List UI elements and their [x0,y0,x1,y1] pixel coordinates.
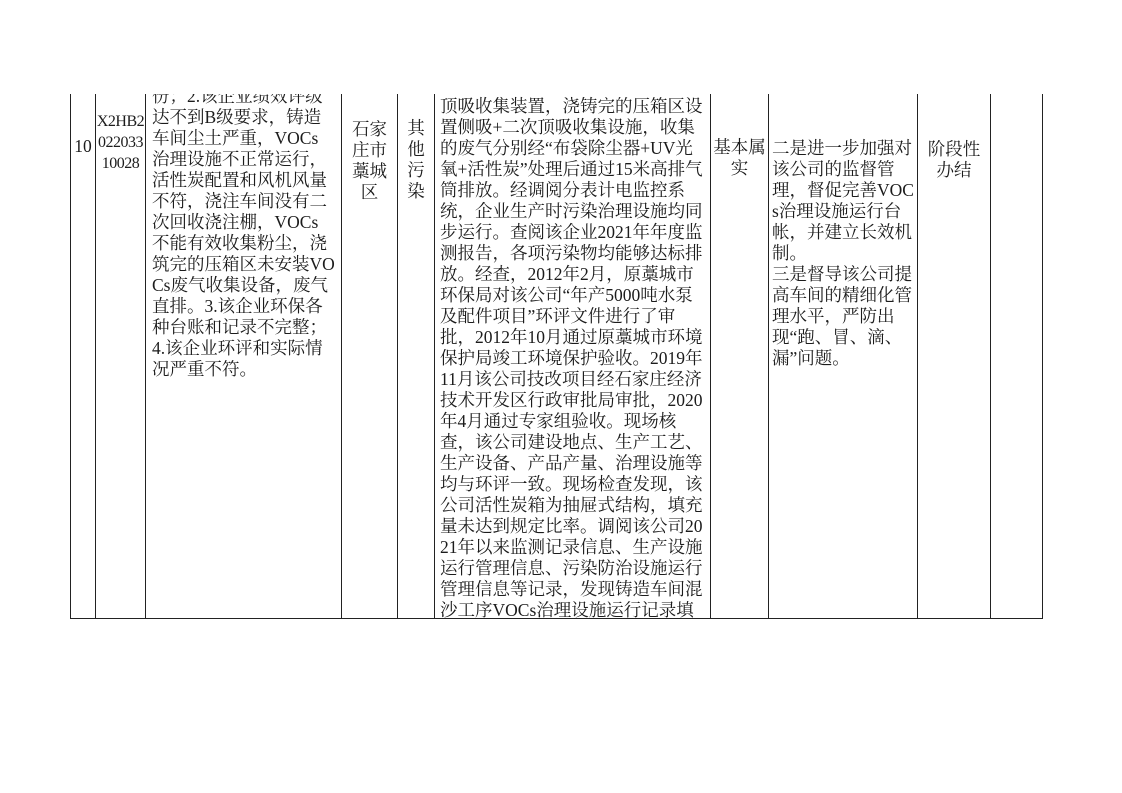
cell-pollution-type: 其他污染 [398,94,435,618]
cell-remark-empty [991,94,1042,618]
cell-case-code: X2HB202203310028 [96,94,146,618]
location-text: 石家庄市藁城区 [351,119,388,203]
complaint-table-row-continued: 10 X2HB202203310028 份；2.该企业绩效评级达不到B级要求，铸… [70,94,1043,619]
cell-location: 石家庄市藁城区 [342,94,398,618]
cell-complaint-description: 份；2.该企业绩效评级达不到B级要求，铸造车间尘土严重，VOCs治理设施不正常运… [146,94,342,618]
document-page: 10 X2HB202203310028 份；2.该企业绩效评级达不到B级要求，铸… [0,0,1122,793]
handling-measures-text: 二是进一步加强对该公司的监督管理，督促完善VOCs治理设施运行台帐，并建立长效机… [772,138,914,369]
complaint-description-text: 份；2.该企业绩效评级达不到B级要求，铸造车间尘土严重，VOCs治理设施不正常运… [152,94,335,380]
cell-verification-result: 基本属实 [711,94,769,618]
investigation-details-text: 顶吸收集装置，浇铸完的压箱区设置侧吸+二次顶吸收集设施，收集的废气分别经“布袋除… [440,96,705,618]
cell-handling-measures: 二是进一步加强对该公司的监督管理，督促完善VOCs治理设施运行台帐，并建立长效机… [769,94,918,618]
case-code-text: X2HB202203310028 [96,111,145,174]
cell-investigation-details: 顶吸收集装置，浇铸完的压箱区设置侧吸+二次顶吸收集设施，收集的废气分别经“布袋除… [435,94,711,618]
cell-sequence-number: 10 [71,94,96,618]
handling-status-text: 阶段性办结 [927,139,981,181]
pollution-type-text: 其他污染 [404,118,428,202]
verification-result-text: 基本属实 [713,137,766,179]
cell-handling-status: 阶段性办结 [918,94,991,618]
sequence-number-text: 10 [71,136,95,157]
